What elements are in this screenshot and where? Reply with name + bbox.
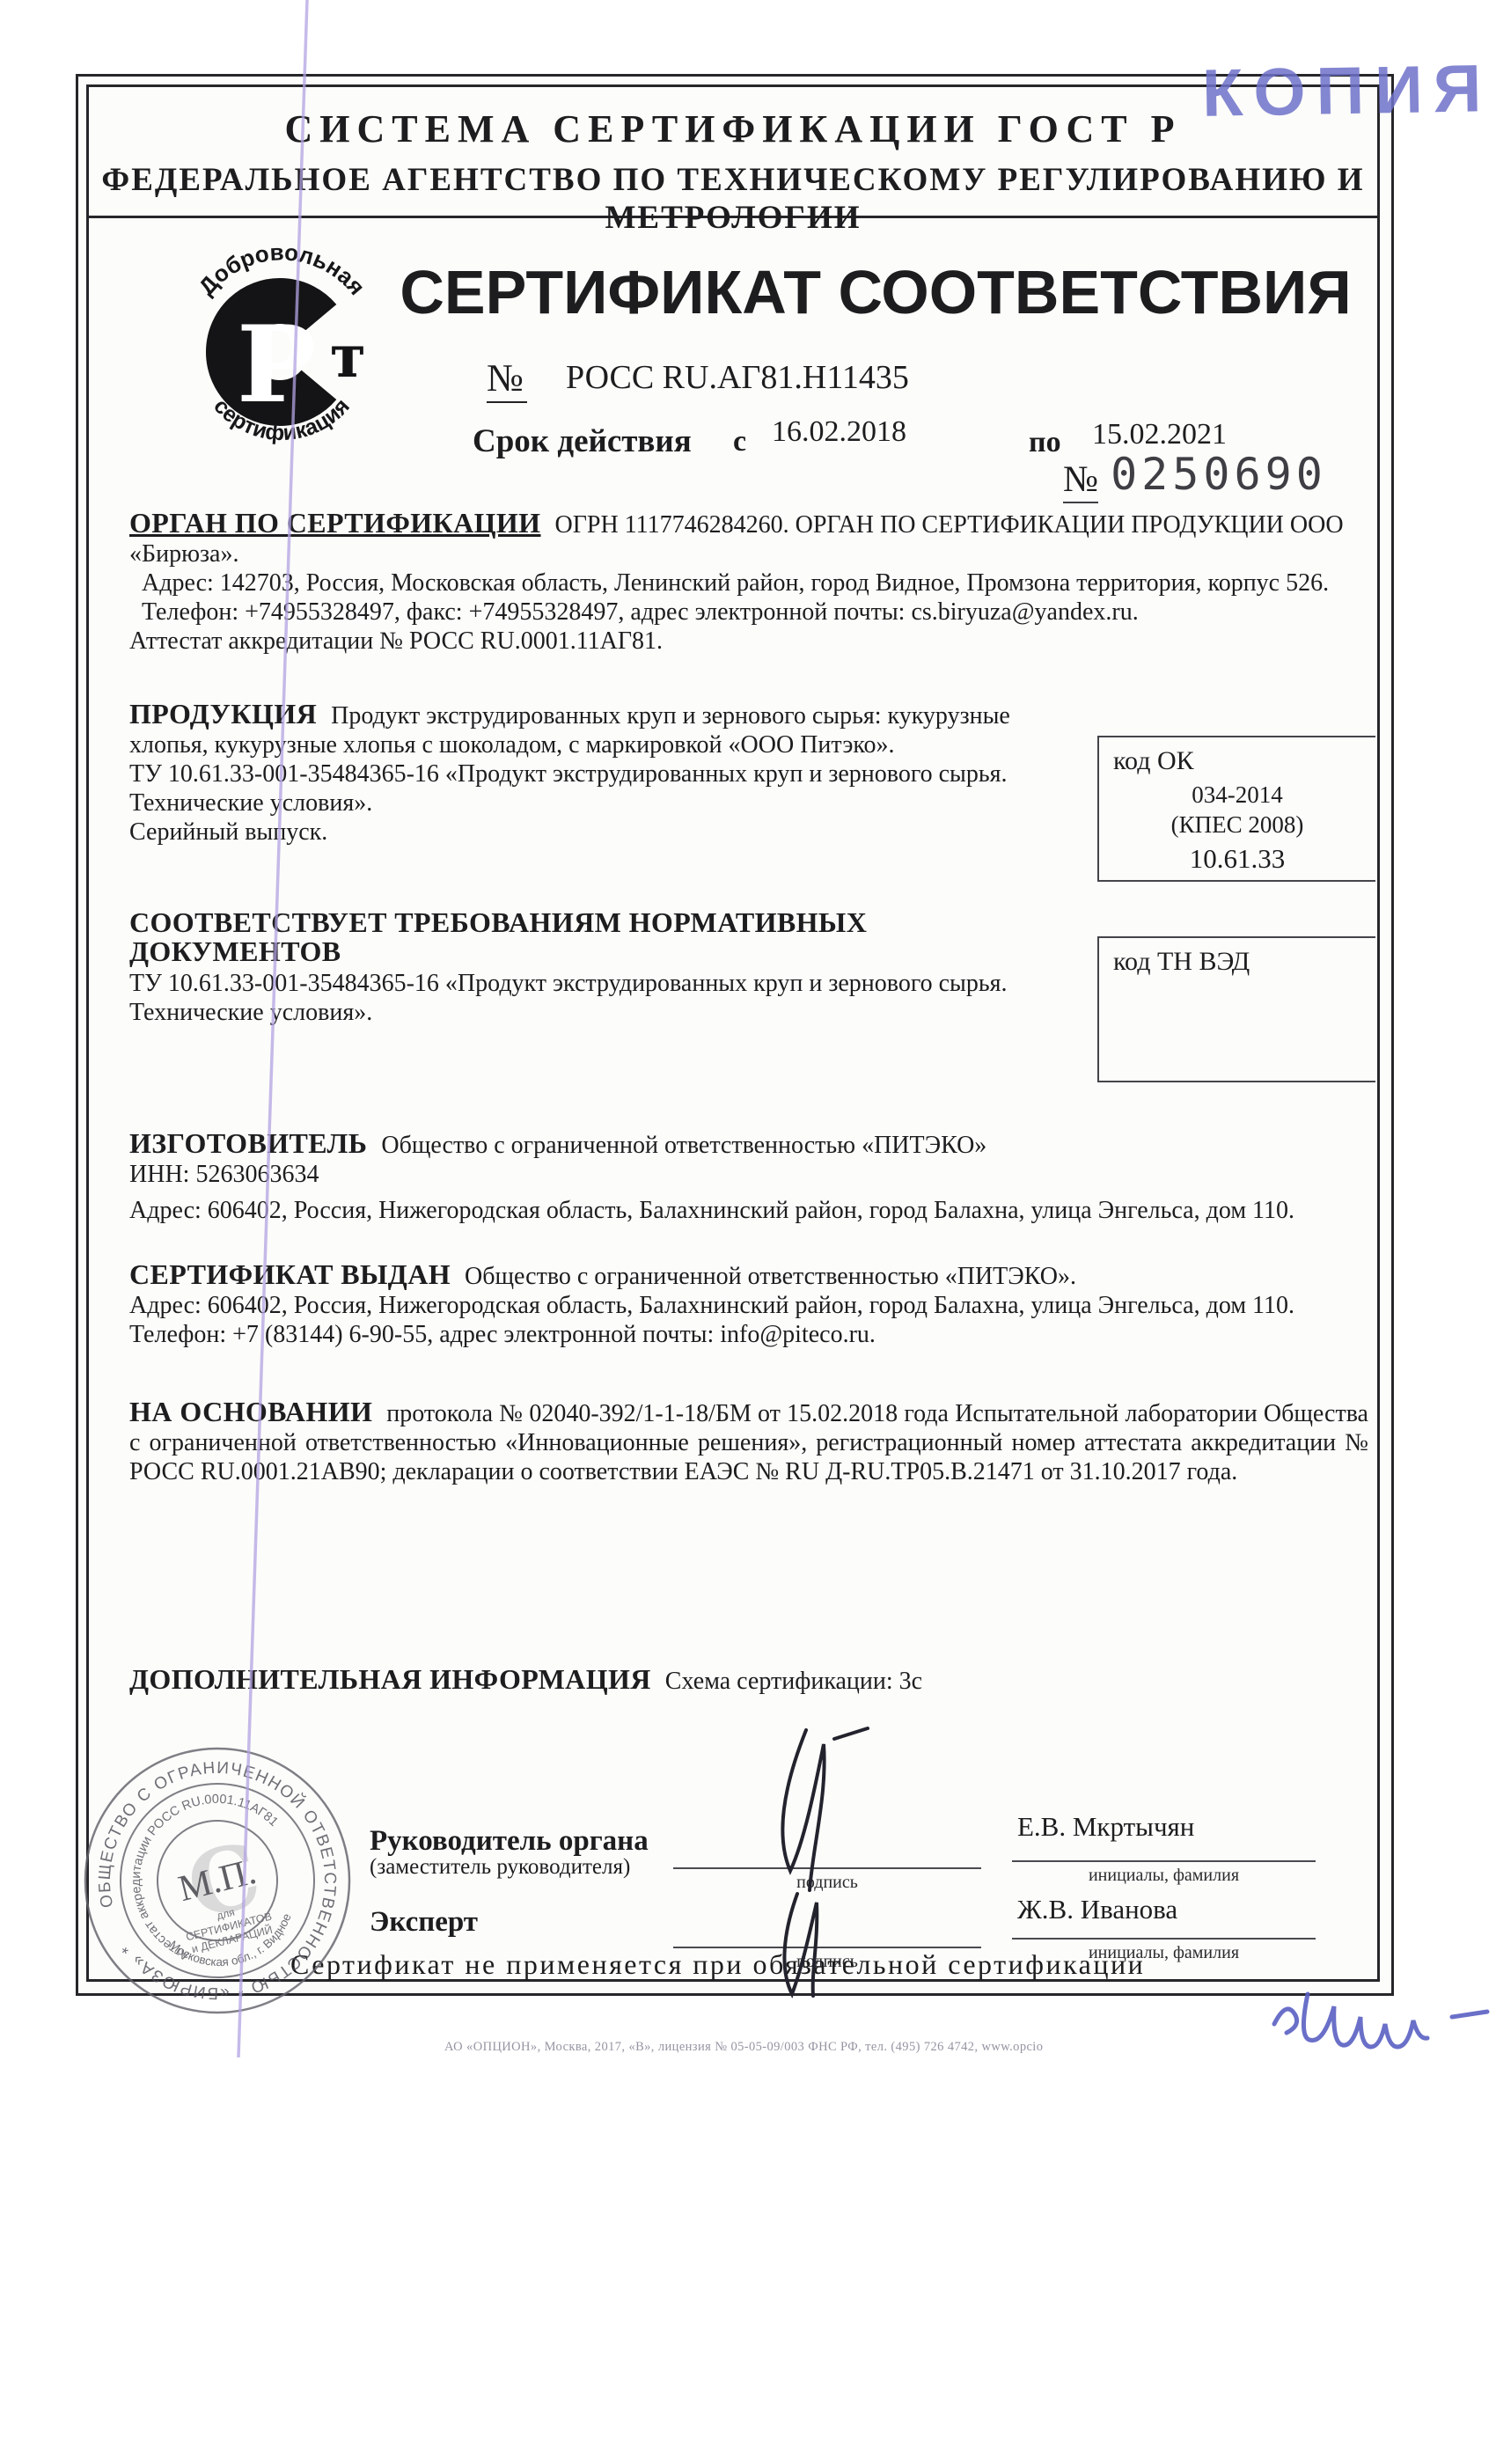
section-manufacturer: ИЗГОТОВИТЕЛЬОбщество с ограниченной отве… bbox=[129, 1129, 1368, 1225]
manufacturer-inn: ИНН: 5263063634 bbox=[129, 1160, 1368, 1189]
ok-code-line2: (КПЕС 2008) bbox=[1099, 811, 1375, 839]
document-title: СЕРТИФИКАТ СООТВЕТСТВИЯ bbox=[383, 257, 1368, 327]
expert-role-label: Эксперт bbox=[370, 1906, 478, 1939]
handwritten-pen-mark bbox=[1274, 1994, 1487, 2047]
scanned-certificate-page: СИСТЕМА СЕРТИФИКАЦИИ ГОСТ Р ФЕДЕРАЛЬНОЕ … bbox=[0, 0, 1496, 2464]
issued-to-address: Адрес: 606402, Россия, Нижегородская обл… bbox=[129, 1291, 1368, 1320]
tnved-code-box: код ТН ВЭД bbox=[1097, 936, 1375, 1082]
ok-code-value: 10.61.33 bbox=[1099, 843, 1375, 875]
copy-stamp: КОПИЯ bbox=[1201, 50, 1492, 132]
head-signature-caption: подпись bbox=[673, 1873, 981, 1893]
validity-from-date: 16.02.2018 bbox=[772, 415, 906, 449]
blank-number-value: 0250690 bbox=[1111, 449, 1327, 500]
section-label: СООТВЕТСТВУЕТ ТРЕБОВАНИЯМ НОРМАТИВНЫХ ДО… bbox=[129, 908, 1071, 966]
head-role-sub-label: (заместитель руководителя) bbox=[370, 1855, 630, 1880]
ok-code-line1: 034-2014 bbox=[1099, 781, 1375, 809]
header-band: СИСТЕМА СЕРТИФИКАЦИИ ГОСТ Р ФЕДЕРАЛЬНОЕ … bbox=[89, 87, 1377, 218]
blank-number-stamp: №0250690 bbox=[1063, 451, 1327, 502]
section-label: ДОПОЛНИТЕЛЬНАЯ ИНФОРМАЦИЯ bbox=[129, 1663, 651, 1695]
conformity-text: ТУ 10.61.33-001-35484365-16 «Продукт экс… bbox=[129, 969, 1071, 1027]
agency-title: ФЕДЕРАЛЬНОЕ АГЕНТСТВО ПО ТЕХНИЧЕСКОМУ РЕ… bbox=[89, 161, 1377, 237]
validity-to-date: 15.02.2021 bbox=[1092, 418, 1227, 451]
section-basis: НА ОСНОВАНИИпротокола № 02040-392/1-1-18… bbox=[129, 1397, 1368, 1486]
issued-to-name: Общество с ограниченной ответственностью… bbox=[465, 1263, 1076, 1290]
section-label: НА ОСНОВАНИИ bbox=[129, 1396, 372, 1427]
validity-from-label: с bbox=[733, 425, 746, 458]
head-signature-line bbox=[673, 1867, 981, 1869]
section-certification-body: ОРГАН ПО СЕРТИФИКАЦИИОГРН 1117746284260.… bbox=[129, 509, 1368, 656]
section-label: СЕРТИФИКАТ ВЫДАН bbox=[129, 1258, 451, 1290]
section-additional-info: ДОПОЛНИТЕЛЬНАЯ ИНФОРМАЦИЯСхема сертифика… bbox=[129, 1665, 1368, 1696]
section-conformity: СООТВЕТСТВУЕТ ТРЕБОВАНИЯМ НОРМАТИВНЫХ ДО… bbox=[129, 908, 1071, 1027]
section-label: ИЗГОТОВИТЕЛЬ bbox=[129, 1127, 367, 1159]
section-label: ОРГАН ПО СЕРТИФИКАЦИИ bbox=[129, 507, 540, 539]
ok-code-box: код ОК 034-2014 (КПЕС 2008) 10.61.33 bbox=[1097, 736, 1375, 882]
tnved-code-label: код ТН ВЭД bbox=[1113, 947, 1250, 977]
rst-letter-t: т bbox=[330, 322, 366, 391]
validity-to-label: по bbox=[1029, 426, 1061, 459]
validity-label: Срок действия bbox=[473, 422, 692, 460]
product-serial: Серийный выпуск. bbox=[129, 818, 1089, 847]
certificate-number-value: РОСС RU.АГ81.Н11435 bbox=[566, 359, 909, 396]
head-name: Е.В. Мкртычян bbox=[1017, 1811, 1194, 1843]
certification-system-title: СИСТЕМА СЕРТИФИКАЦИИ ГОСТ Р bbox=[89, 106, 1377, 151]
certification-body-phone: Телефон: +74955328497, факс: +7495532849… bbox=[142, 598, 1368, 627]
issued-to-phone: Телефон: +7 (83144) 6-90-55, адрес элект… bbox=[129, 1320, 1368, 1349]
ok-code-label: код ОК bbox=[1113, 746, 1194, 776]
certification-body-address: Адрес: 142703, Россия, Московская област… bbox=[142, 568, 1368, 598]
blank-number-sign: № bbox=[1063, 459, 1098, 503]
head-role-label: Руководитель органа bbox=[370, 1825, 649, 1858]
rst-quality-mark-icon: Р т Добровольная сертификация bbox=[180, 243, 383, 458]
expert-name-line bbox=[1012, 1938, 1316, 1940]
footer-note: Сертификат не применяется при обязательн… bbox=[290, 1948, 1145, 1981]
head-name-line bbox=[1012, 1860, 1316, 1862]
printing-house-line: АО «ОПЦИОН», Москва, 2017, «В», лицензия… bbox=[444, 2040, 1043, 2055]
product-tu: ТУ 10.61.33-001-35484365-16 «Продукт экс… bbox=[129, 759, 1089, 818]
manufacturer-name: Общество с ограниченной ответственностью… bbox=[381, 1132, 986, 1159]
head-name-caption: инициалы, фамилия bbox=[1012, 1866, 1316, 1886]
number-sign: № bbox=[487, 356, 527, 403]
rst-letter-r: Р bbox=[237, 303, 316, 427]
certification-body-attestation: Аттестат аккредитации № РОСС RU.0001.11А… bbox=[129, 627, 1368, 656]
expert-name: Ж.В. Иванова bbox=[1017, 1894, 1177, 1925]
additional-info-text: Схема сертификации: 3с bbox=[665, 1668, 922, 1695]
section-product: ПРОДУКЦИЯПродукт экструдированных круп и… bbox=[129, 700, 1089, 847]
section-issued-to: СЕРТИФИКАТ ВЫДАНОбщество с ограниченной … bbox=[129, 1260, 1368, 1349]
certificate-number-row: №РОСС RU.АГ81.Н11435 bbox=[487, 356, 909, 400]
manufacturer-address: Адрес: 606402, Россия, Нижегородская обл… bbox=[129, 1196, 1368, 1225]
section-label: ПРОДУКЦИЯ bbox=[129, 698, 317, 730]
